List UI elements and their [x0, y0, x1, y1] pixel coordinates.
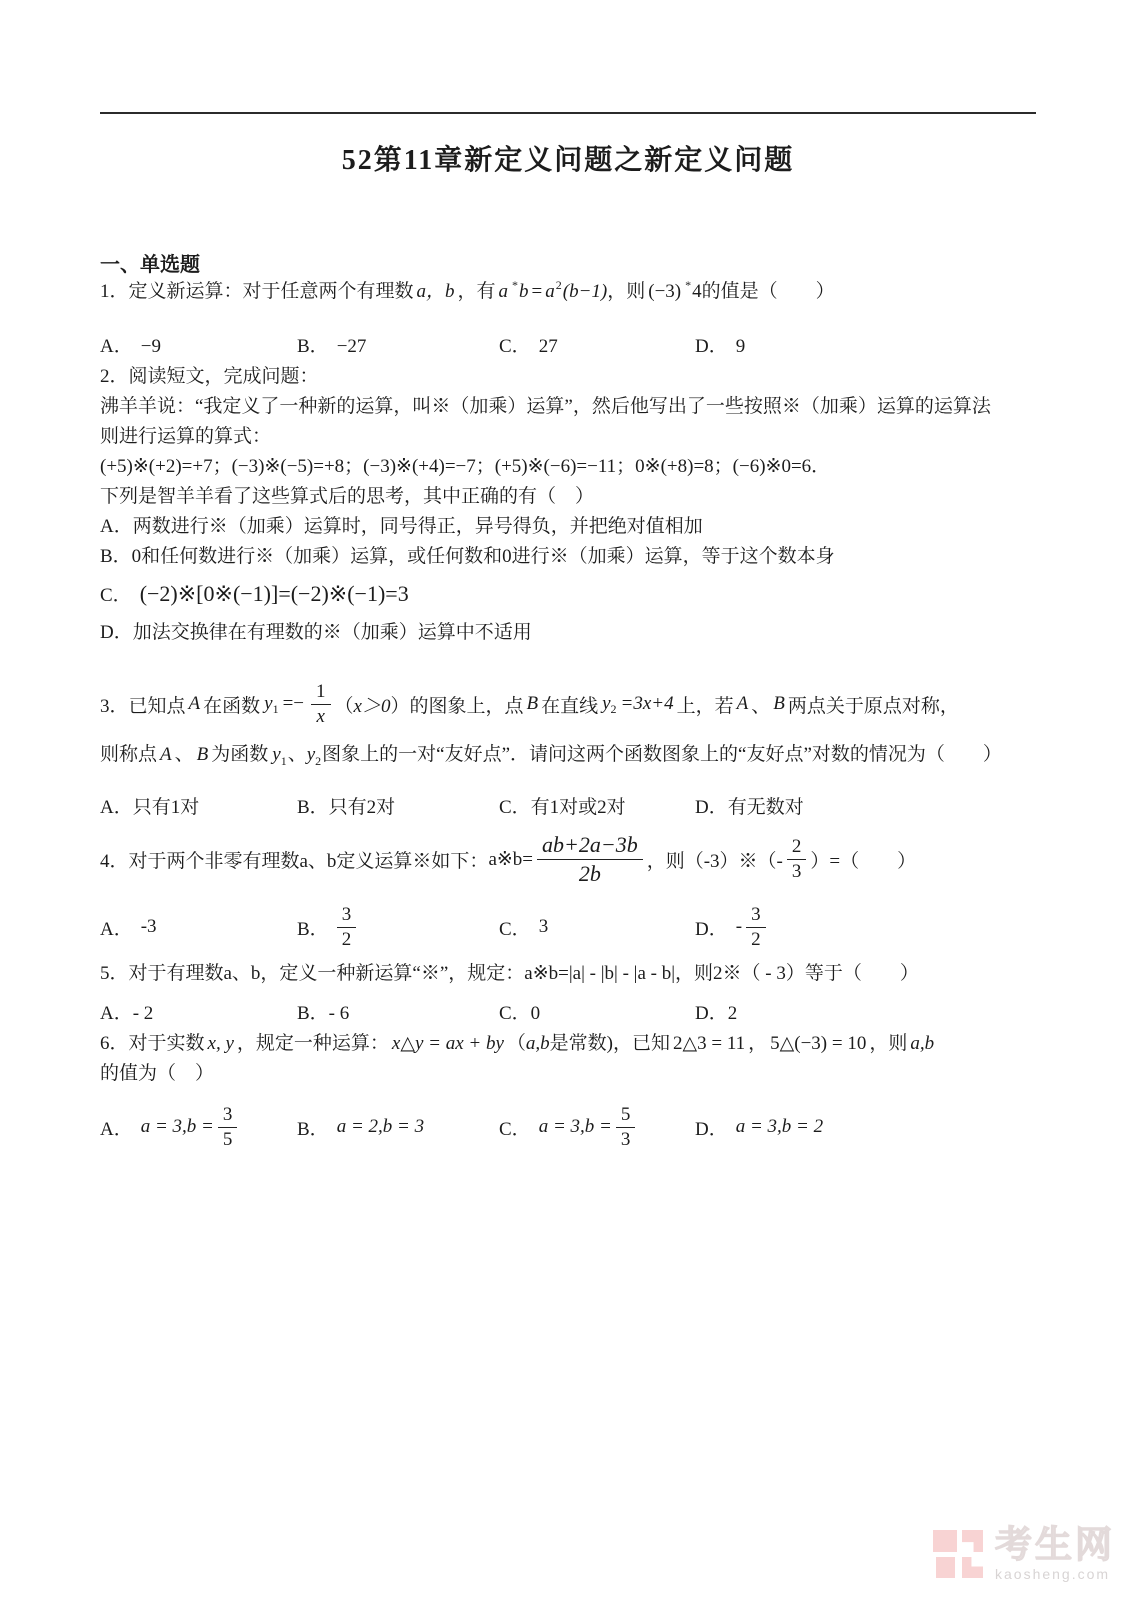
q6-option-a-value: a = 3,b = — [141, 1116, 214, 1138]
q1-option-a-label: A． — [100, 336, 133, 357]
question-3-options: A．只有1对 B．只有2对 C．有1对或2对 D．有无数对 — [100, 793, 1036, 823]
q4-option-a: A．-3 — [100, 914, 297, 941]
q3-var-y1: y — [264, 693, 272, 715]
q4-option-d-fraction: 32 — [746, 904, 766, 951]
q1-option-d-label: D． — [695, 336, 728, 357]
page-title: 52第11章新定义问题之新定义问题 — [100, 138, 1036, 178]
q4-option-d-den: 2 — [746, 928, 766, 951]
q3-l2-dunhao-2: 、 — [288, 744, 307, 765]
question-2-stem: 2．阅读短文，完成问题： — [100, 362, 1036, 392]
question-6-stem-line-1: 6．对于实数x, y，规定一种运算：x△y = ax + by（a,b是常数)，… — [100, 1029, 1036, 1059]
watermark-text: 考生网 kaosheng.com — [995, 1526, 1115, 1582]
q4-def: a※b= — [488, 848, 533, 871]
q4-frac-num: ab+2a−3b — [537, 832, 643, 859]
q3-option-c: C．有1对或2对 — [499, 793, 695, 823]
q2-passage-2: 则进行运算的算式： — [100, 422, 1036, 452]
q2-prompt: 下列是智羊羊看了这些算式后的思考，其中正确的有（ ） — [100, 482, 1036, 512]
question-5-stem: 5．对于有理数a、b，定义一种新运算“※”，规定：a※b=|a| - |b| -… — [100, 959, 1036, 989]
q1-option-a: A．−9 — [100, 332, 297, 362]
q2-option-b: B．0和任何数进行※（加乘）运算，或任何数和0进行※（加乘）运算，等于这个数本身 — [100, 542, 1036, 572]
q6-option-c: C．a = 3,b =53 — [499, 1104, 695, 1151]
q4-text-1: 4．对于两个非零有理数a、b定义运算※如下： — [100, 846, 488, 873]
q6-option-a-den: 5 — [218, 1128, 238, 1151]
q4-frac-den: 2b — [574, 860, 606, 886]
q3-text-3: ）的图象上，点 — [390, 691, 523, 718]
q1-text-1: 1．定义新运算：对于任意两个有理数 — [100, 281, 414, 302]
worksheet-page: 52第11章新定义问题之新定义问题 一、单选题 1．定义新运算：对于任意两个有理… — [0, 0, 1131, 1600]
q3-var-b: B — [526, 693, 538, 715]
q4-frac2-den: 3 — [787, 860, 807, 883]
q2-examples: (+5)※(+2)=+7；(−3)※(−5)=+8；(−3)※(+4)=−7；(… — [100, 452, 1036, 482]
q4-option-b-den: 2 — [337, 928, 357, 951]
q6-paren-open: （ — [507, 1033, 526, 1054]
q6-option-d: D．a = 3,b = 2 — [695, 1114, 1036, 1141]
q3-text-5: 上，若 — [677, 691, 734, 718]
q3-var-b2: B — [773, 693, 785, 715]
q6-vars-ab-2: a,b — [910, 1033, 934, 1054]
q1-option-c-value: 27 — [539, 336, 558, 357]
q6-text-2: ，规定一种运算： — [237, 1033, 389, 1054]
q6-option-d-label: D． — [695, 1114, 728, 1141]
q3-fraction-1-over-x: 1x — [311, 681, 331, 728]
q3-sub-1: 1 — [273, 702, 279, 717]
question-1-stem: 1．定义新运算：对于任意两个有理数a，b，有a*b=a2(b−1)，则(−3)*… — [100, 277, 1036, 308]
q1-option-c: C．27 — [499, 332, 695, 362]
q6-eq-2: 5△(−3) = 10 — [770, 1033, 866, 1054]
q4-text-3: ）=（ ） — [810, 846, 916, 873]
q6-option-d-value: a = 3,b = 2 — [736, 1116, 823, 1138]
q3-l2-var-b: B — [197, 744, 209, 765]
q6-option-a-num: 3 — [218, 1104, 238, 1128]
q1-text-4: 的值是（ ） — [702, 281, 835, 302]
q3-condition: x＞0 — [354, 691, 391, 718]
q1-option-b-value: −27 — [337, 336, 367, 357]
q3-text-4: 在直线 — [541, 691, 598, 718]
q3-var-a: A — [189, 693, 201, 715]
q1-math-b: b — [519, 281, 529, 302]
q3-l2-sub-2: 2 — [315, 754, 321, 768]
q6-operation-def: x△y = ax + by — [392, 1033, 504, 1054]
q4-option-a-label: A． — [100, 914, 133, 941]
watermark-domain: kaosheng.com — [995, 1566, 1115, 1582]
q1-math-a2: a — [545, 281, 555, 302]
q1-sup-2: 2 — [556, 278, 562, 292]
q4-option-d-minus: - — [736, 916, 742, 938]
q3-sub-2: 2 — [611, 702, 617, 717]
question-3-stem-line-2: 则称点A、B为函数y1、y2图象上的一对“友好点”．请问这两个函数图象上的“友好… — [100, 740, 1036, 771]
q6-option-b-label: B． — [297, 1114, 329, 1141]
q6-option-a: A．a = 3,b =35 — [100, 1104, 297, 1151]
question-4-options: A．-3 B．32 C．3 D．-32 — [100, 895, 1036, 959]
q3-l2-dunhao: 、 — [175, 744, 194, 765]
q1-text-3: ，则 — [607, 281, 645, 302]
q3-line-eq: =3x+4 — [621, 693, 674, 715]
q3-paren-open: （ — [335, 691, 354, 718]
q2-option-d: D．加法交换律在有理数的※（加乘）运算中不适用 — [100, 618, 1036, 648]
watermark-site-name: 考生网 — [995, 1526, 1115, 1563]
q6-option-a-fraction: 35 — [218, 1104, 238, 1151]
q4-fraction-def: ab+2a−3b2b — [537, 832, 643, 886]
q1-option-b: B．−27 — [297, 332, 499, 362]
q3-l2-y2: y — [307, 744, 315, 765]
q3-l2-var-a: A — [160, 744, 172, 765]
q1-math-4: 4 — [692, 281, 702, 302]
q6-vars-xy: x, y — [208, 1033, 234, 1054]
q3-frac-num: 1 — [311, 681, 331, 705]
q3-var-y2: y — [602, 693, 610, 715]
q6-comma: ， — [748, 1033, 767, 1054]
q2-passage-1: 沸羊羊说：“我定义了一种新的运算，叫※（加乘）运算”，然后他写出了一些按照※（加… — [100, 392, 1036, 422]
q4-option-b-label: B． — [297, 914, 329, 941]
q6-option-b: B．a = 2,b = 3 — [297, 1114, 499, 1141]
q6-option-c-num: 5 — [616, 1104, 636, 1128]
q6-option-c-value: a = 3,b = — [539, 1116, 612, 1138]
q4-option-c-label: C． — [499, 914, 531, 941]
q1-math-neg3: (−3) — [648, 281, 681, 302]
q3-text-2: 在函数 — [203, 691, 260, 718]
q5-option-b: B．- 6 — [297, 999, 499, 1029]
q1-equals: = — [532, 281, 543, 302]
q6-text-3: 是常数)，已知 — [550, 1033, 670, 1054]
q1-option-b-label: B． — [297, 336, 329, 357]
q3-var-a2: A — [737, 693, 749, 715]
header-rule — [100, 112, 1036, 114]
q3-option-a: A．只有1对 — [100, 793, 297, 823]
q3-option-b: B．只有2对 — [297, 793, 499, 823]
q6-option-a-label: A． — [100, 1114, 133, 1141]
q4-option-c: C．3 — [499, 914, 695, 941]
q1-option-d: D．9 — [695, 332, 1036, 362]
q4-option-d: D．-32 — [695, 904, 1036, 951]
question-6-stem-line-2: 的值为（ ） — [100, 1059, 1036, 1089]
q1-sup-star-2: * — [685, 278, 691, 292]
q4-fraction-two-thirds: 23 — [787, 836, 807, 883]
q3-dunhao-1: 、 — [751, 691, 770, 718]
q3-option-d: D．有无数对 — [695, 793, 1036, 823]
q3-l2-sub-1: 1 — [281, 754, 287, 768]
section-heading: 一、单选题 — [100, 248, 1036, 277]
q3-text-6: 两点关于原点对称， — [788, 691, 959, 718]
q4-option-a-value: -3 — [141, 916, 157, 938]
q6-option-c-label: C． — [499, 1114, 531, 1141]
q4-option-c-value: 3 — [539, 916, 549, 938]
q1-option-c-label: C． — [499, 336, 531, 357]
kaosheng-logo-icon — [933, 1530, 985, 1578]
q3-text-1: 3．已知点 — [100, 691, 186, 718]
q6-text-4: ，则 — [869, 1033, 907, 1054]
question-6-options: A．a = 3,b =35 B．a = 2,b = 3 C．a = 3,b =5… — [100, 1095, 1036, 1159]
q4-option-d-num: 3 — [746, 904, 766, 928]
q5-option-c: C．0 — [499, 999, 695, 1029]
q2-option-c: C．(−2)※[0※(−1)]=(−2)※(−1)=3 — [100, 572, 1036, 618]
question-5-options: A．- 2 B．- 6 C．0 D．2 — [100, 999, 1036, 1029]
q5-option-d: D．2 — [695, 999, 1036, 1029]
question-4-stem: 4．对于两个非零有理数a、b定义运算※如下：a※b=ab+2a−3b2b，则（-… — [100, 825, 1036, 893]
q1-text-2: ，有 — [458, 281, 496, 302]
q3-l2-y1: y — [272, 744, 280, 765]
q6-vars-ab: a,b — [526, 1033, 550, 1054]
q1-math-a: a — [499, 281, 509, 302]
q4-text-2: ，则（-3）※（- — [647, 846, 783, 873]
q4-option-b: B．32 — [297, 904, 499, 951]
q2-option-c-math: (−2)※[0※(−1)]=(−2)※(−1)=3 — [140, 581, 409, 606]
q3-l2-text-1: 则称点 — [100, 744, 157, 765]
q1-option-a-value: −9 — [141, 336, 161, 357]
q6-option-b-value: a = 2,b = 3 — [337, 1116, 424, 1138]
q3-equals-minus: =− — [283, 693, 304, 715]
q1-math-b-minus-1: (b−1) — [563, 281, 607, 302]
q6-text-1: 6．对于实数 — [100, 1033, 205, 1054]
q1-var-ab: a，b — [417, 281, 455, 302]
q2-option-a: A．两数进行※（加乘）运算时，同号得正，异号得负，并把绝对值相加 — [100, 512, 1036, 542]
q4-option-d-label: D． — [695, 914, 728, 941]
q5-option-a: A．- 2 — [100, 999, 297, 1029]
q1-sup-star-1: * — [512, 278, 518, 292]
q4-option-b-fraction: 32 — [337, 904, 357, 951]
q4-frac2-num: 2 — [787, 836, 807, 860]
q6-option-c-den: 3 — [616, 1128, 636, 1151]
question-3-stem-line-1: 3．已知点A在函数y1=−1x（x＞0）的图象上，点B在直线y2=3x+4上，若… — [100, 668, 1036, 740]
watermark: 考生网 kaosheng.com — [933, 1526, 1115, 1582]
q1-option-d-value: 9 — [736, 336, 746, 357]
q2-option-c-label: C． — [100, 585, 132, 606]
q3-l2-text-2: 为函数 — [211, 744, 268, 765]
q6-eq-1: 2△3 = 11 — [673, 1033, 745, 1054]
q3-l2-text-3: 图象上的一对“友好点”．请问这两个函数图象上的“友好点”对数的情况为（ ） — [322, 744, 1002, 765]
q4-option-b-num: 3 — [337, 904, 357, 928]
q6-option-c-fraction: 53 — [616, 1104, 636, 1151]
question-1-options: A．−9 B．−27 C．27 D．9 — [100, 332, 1036, 362]
q3-frac-den: x — [312, 705, 330, 728]
